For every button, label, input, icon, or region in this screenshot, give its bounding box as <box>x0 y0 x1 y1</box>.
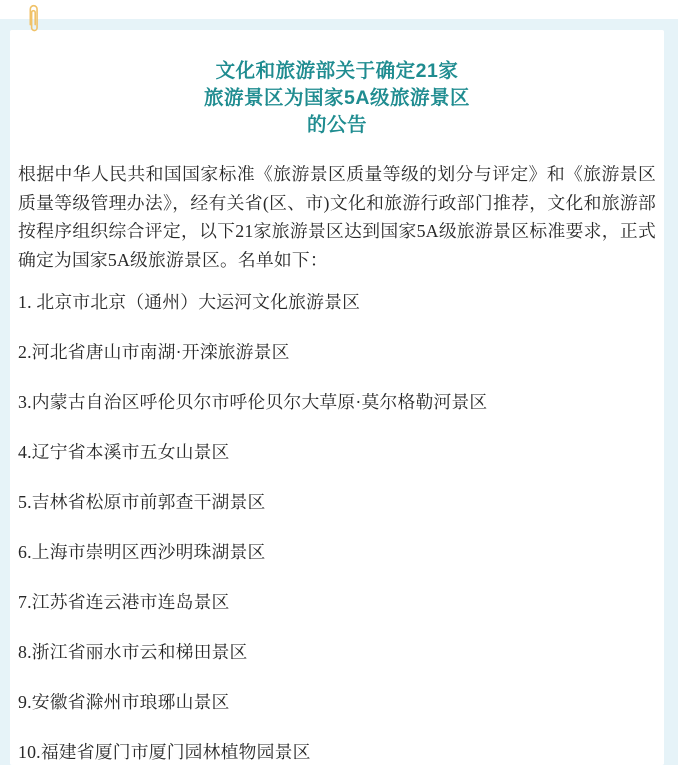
list-item: 9.安徽省滁州市琅琊山景区 <box>18 688 656 717</box>
title-line-2: 旅游景区为国家5A级旅游景区 <box>18 85 656 112</box>
list-item: 7.江苏省连云港市连岛景区 <box>18 588 656 617</box>
scenic-area-list: 1. 北京市北京（通州）大运河文化旅游景区 2.河北省唐山市南湖·开滦旅游景区 … <box>18 288 656 765</box>
list-item: 3.内蒙古自治区呼伦贝尔市呼伦贝尔大草原·莫尔格勒河景区 <box>18 388 656 417</box>
list-item: 4.辽宁省本溪市五女山景区 <box>18 438 656 467</box>
list-item: 2.河北省唐山市南湖·开滦旅游景区 <box>18 338 656 367</box>
announcement-card: 文化和旅游部关于确定21家 旅游景区为国家5A级旅游景区 的公告 根据中华人民共… <box>10 30 664 765</box>
list-item: 6.上海市崇明区西沙明珠湖景区 <box>18 538 656 567</box>
list-item: 1. 北京市北京（通州）大运河文化旅游景区 <box>18 288 656 317</box>
announcement-title: 文化和旅游部关于确定21家 旅游景区为国家5A级旅游景区 的公告 <box>18 58 656 139</box>
list-item: 5.吉林省松原市前郭查干湖景区 <box>18 488 656 517</box>
list-item: 10.福建省厦门市厦门园林植物园景区 <box>18 738 656 765</box>
title-line-1: 文化和旅游部关于确定21家 <box>18 58 656 85</box>
intro-paragraph: 根据中华人民共和国国家标准《旅游景区质量等级的划分与评定》和《旅游景区质量等级管… <box>18 160 656 274</box>
title-line-3: 的公告 <box>18 112 656 139</box>
list-item: 8.浙江省丽水市云和梯田景区 <box>18 638 656 667</box>
paperclip-icon <box>26 2 41 36</box>
page-background: 文化和旅游部关于确定21家 旅游景区为国家5A级旅游景区 的公告 根据中华人民共… <box>0 0 678 765</box>
